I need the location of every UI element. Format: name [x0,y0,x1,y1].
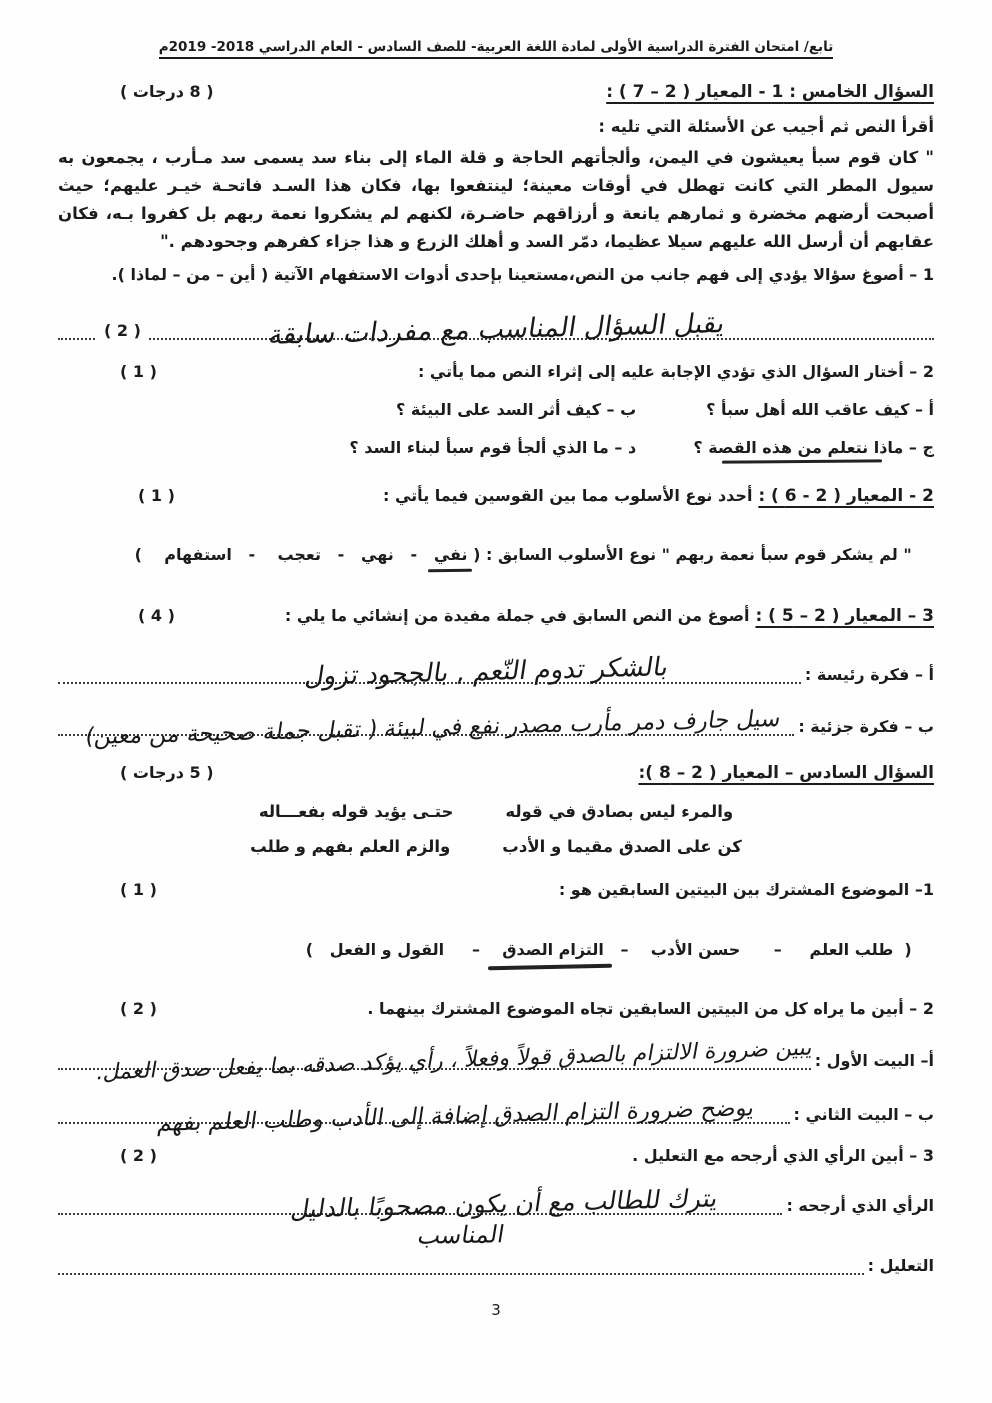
q6-opinion-handwritten: يترك للطالب مع أن يكون مصحوبًا بالدليل [289,1183,720,1223]
m25-instruction: أصوغ من النص السابق في جملة مفيدة من إنش… [285,606,750,625]
q6-question1-options: ( طلب العلم – حسن الأدب – التزام الصدق –… [58,921,934,978]
m25-sub-idea-row: ب – فكرة جزئية : سيل جارف دمر مأرب مصدر … [58,712,934,736]
q6-selected-answer: التزام الصدق [502,940,604,959]
q5-question1-marks: ( 2 ) [96,321,149,340]
q6-question2-text: 2 – أبين ما يراه كل من البيتين السابقين … [367,999,934,1018]
q6-title-row: ( 5 درجات ) السؤال السادس – المعيار ( 2 … [58,763,934,783]
q6-options-post: – القول و الفعل ) [306,940,502,959]
m25-main-idea-handwritten: بالشكر تدوم النّعم , بالجحود تزول [303,652,671,691]
q5-question2-options-row2: ج – ماذا نتعلم من هذه القصة ؟ د – ما الذ… [58,438,934,457]
verse1-first-hemistich: والمرء ليس بصادق في قوله [505,802,733,821]
m26-selected-answer: نفي [434,545,468,564]
q6-question3-marks: ( 2 ) [120,1146,157,1165]
q5-instruction: أقرأ النص ثم أجيب عن الأسئلة التي تليه : [58,117,934,136]
m26-title: 2 - المعيار ( 2 - 6 ) : [758,486,934,506]
m25-marks: ( 4 ) [138,606,175,625]
q6-justification-label: التعليل : [864,1256,934,1275]
q5-marks: ( 8 درجات ) [120,82,214,101]
q6-marks: ( 5 درجات ) [120,763,214,782]
q6-verse2-answer-row: ب – البيت الثاني : يوضح ضرورة التزام الص… [58,1100,934,1124]
q6-verse1-handwritten: يبين ضرورة الالتزام بالصدق قولاً وفعلاً … [95,1036,816,1086]
q5-title-row: ( 8 درجات ) السؤال الخامس : 1 - المعيار … [58,82,934,102]
q6-question2-marks: ( 2 ) [120,999,157,1018]
q6-opinion-line: يترك للطالب مع أن يكون مصحوبًا بالدليل [58,1191,782,1215]
q6-opinion-label: الرأي الذي أرجحه : [782,1196,934,1215]
q5-question1-text: 1 – أصوغ سؤالا يؤدي إلى فهم جانب من النص… [58,265,934,284]
m25-main-idea-row: أ – فكرة رئيسة : بالشكر تدوم النّعم , با… [58,660,934,684]
q6-question1-marks: ( 1 ) [120,880,157,899]
q5-question1-answer-line: يقبل السؤال المناسب مع مفردات سابقة ( 2 … [58,312,934,340]
verse2-second-hemistich: والزم العلم بفهم و طلب [250,837,450,856]
poem-verse-1: والمرء ليس بصادق في قوله حتـى يؤيد قوله … [58,802,934,821]
q5-question2-text: 2 – أختار السؤال الذي تؤدي الإجابة عليه … [418,362,934,381]
m26-instruction: أحدد نوع الأسلوب مما بين القوسين فيما يأ… [383,486,752,505]
m26-marks: ( 1 ) [138,486,175,505]
q6-verse2-handwritten: يوضح ضرورة التزام الصدق إضافة إلى الأدب … [156,1095,756,1137]
verse1-second-hemistich: حتـى يؤيد قوله بفعـــاله [259,802,454,821]
page-number: 3 [58,1301,934,1319]
q6-verse1-answer-label: أ– البيت الأول : [811,1051,934,1070]
q5-question2-options-row1: أ – كيف عاقب الله أهل سبأ ؟ ب – كيف أثر … [58,400,934,419]
q5-question2-row: ( 1 ) 2 – أختار السؤال الذي تؤدي الإجابة… [58,362,934,381]
q6-question3-text: 3 – أبين الرأي الذي أرجحه مع التعليل . [632,1146,934,1165]
q6-question2-row: ( 2 ) 2 – أبين ما يراه كل من البيتين الس… [58,999,934,1018]
m25-main-idea-line: بالشكر تدوم النّعم , بالجحود تزول [58,660,801,684]
q6-question3-row: ( 2 ) 3 – أبين الرأي الذي أرجحه مع التعل… [58,1146,934,1165]
q5-title: السؤال الخامس : 1 - المعيار ( 2 – 7 ) : [606,82,934,102]
q6-opinion-handwritten-continuation-wrap: المناسب [58,1221,934,1249]
q5-option-a: أ – كيف عاقب الله أهل سبأ ؟ [636,400,934,419]
q5-question1-handwritten-answer: يقبل السؤال المناسب مع مفردات سابقة [267,308,727,351]
q5-option-b: ب – كيف أثر السد على البيئة ؟ [58,400,636,419]
q5-option-d: د – ما الذي ألجأ قوم سبأ لبناء السد ؟ [58,438,636,457]
m25-title: 3 – المعيار ( 2 – 5 ) : [755,606,934,626]
poem-verse-2: كن على الصدق مقيما و الأدب والزم العلم ب… [58,837,934,856]
m26-sentence-post: - نهي - تعجب - استفهام ) [135,545,434,564]
q6-verse1-answer-row: أ– البيت الأول : يبين ضرورة الالتزام بال… [58,1046,934,1070]
page-header: تابع/ امتحان الفترة الدراسية الأولى لماد… [58,36,934,55]
m25-sub-idea-handwritten: سيل جارف دمر مأرب مصدر نفع في لبيئة ( تق… [84,706,783,750]
q6-opinion-row: الرأي الذي أرجحه : يترك للطالب مع أن يكو… [58,1191,934,1215]
q6-verse1-answer-line: يبين ضرورة الالتزام بالصدق قولاً وفعلاً … [58,1046,811,1070]
verse2-first-hemistich: كن على الصدق مقيما و الأدب [502,837,742,856]
q5-question2-marks: ( 1 ) [120,362,157,381]
m26-sentence-row: " لم يشكر قوم سبأ نعمة ربهم " نوع الأسلو… [58,526,934,583]
reading-passage: " كان قوم سبأ يعيشون في اليمن، وألجأتهم … [58,144,934,256]
q6-verse2-answer-label: ب – البيت الثاني : [790,1105,934,1124]
exam-page: تابع/ امتحان الفترة الدراسية الأولى لماد… [0,0,992,1403]
m25-main-idea-label: أ – فكرة رئيسة : [801,665,934,684]
q6-justification-line [58,1251,864,1275]
q6-question1-text: 1– الموضوع المشترك بين البيتين السابقين … [559,880,934,899]
m26-title-row: ( 1 ) 2 - المعيار ( 2 - 6 ) : أحدد نوع ا… [58,486,934,506]
q6-question1-row: ( 1 ) 1– الموضوع المشترك بين البيتين الس… [58,880,934,899]
q6-opinion-handwritten-continuation: المناسب [416,1220,507,1249]
q6-verse2-answer-line: يوضح ضرورة التزام الصدق إضافة إلى الأدب … [58,1100,790,1124]
q6-justification-row: التعليل : [58,1251,934,1275]
m25-sub-idea-line: سيل جارف دمر مأرب مصدر نفع في لبيئة ( تق… [58,712,794,736]
exam-header-title: تابع/ امتحان الفترة الدراسية الأولى لماد… [159,39,834,59]
m26-sentence-pre: " لم يشكر قوم سبأ نعمة ربهم " نوع الأسلو… [468,545,912,564]
q5-option-c-selected: ج – ماذا نتعلم من هذه القصة ؟ [636,438,934,457]
m25-sub-idea-label: ب – فكرة جزئية : [794,717,934,736]
m25-title-row: ( 4 ) 3 – المعيار ( 2 – 5 ) : أصوغ من ال… [58,606,934,626]
q6-options-pre: ( طلب العلم – حسن الأدب – [604,940,912,959]
q6-title: السؤال السادس – المعيار ( 2 – 8 ): [638,763,934,783]
